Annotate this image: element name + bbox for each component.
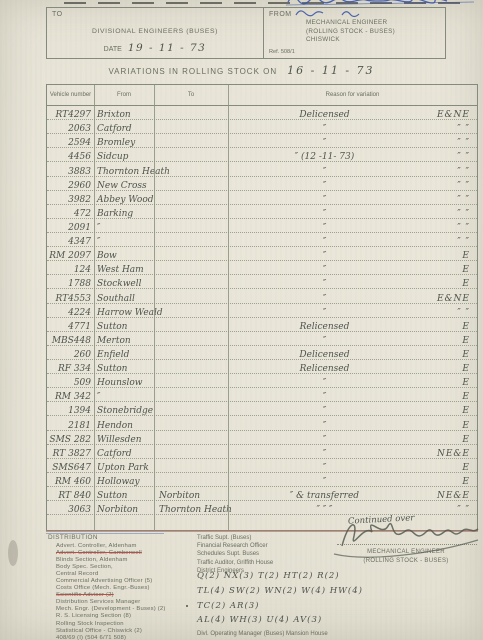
vehicle-number-cell: RM 2097 bbox=[47, 250, 94, 262]
reason-cell: ″E bbox=[228, 434, 477, 446]
from-cell: New Cross bbox=[94, 180, 154, 192]
licence-code: E bbox=[421, 363, 477, 375]
table-row: 2960New Cross″″ ″ bbox=[47, 177, 477, 191]
vehicle-number-cell: 4456 bbox=[47, 151, 94, 163]
table-row: 2594Bromley″″ ″ bbox=[47, 134, 477, 148]
handwritten-date: 19 - 11 - 73 bbox=[128, 42, 207, 54]
from-cell: Merton bbox=[94, 335, 154, 347]
from-cell: Enfield bbox=[94, 349, 154, 361]
vehicle-number-cell: 124 bbox=[47, 264, 94, 276]
distribution-item: Advert. Controller, Aldenham bbox=[56, 543, 166, 550]
reason-text: ″ bbox=[228, 194, 421, 206]
table-row: 4224Harrow Weald″″ ″ bbox=[47, 304, 477, 318]
vehicle-number-cell: RT 840 bbox=[47, 490, 94, 502]
to-cell: Thornton Heath bbox=[154, 504, 228, 516]
reason-cell: ″″ ″ bbox=[228, 236, 477, 248]
distribution-item: Distribution Services Manager bbox=[56, 599, 166, 606]
signatory-title-line: MECHANICAL ENGINEER bbox=[330, 548, 482, 557]
licence-code: E bbox=[421, 420, 477, 432]
vehicle-number-cell: 2960 bbox=[47, 180, 94, 192]
title-date: 16 - 11 - 73 bbox=[287, 64, 374, 77]
table-row: 3883Thornton Heath″″ ″ bbox=[47, 162, 477, 176]
reason-text: ″ bbox=[228, 405, 421, 417]
from-cell: Sutton bbox=[94, 490, 154, 502]
distribution-item: Advert. Controller, Camberwell bbox=[56, 550, 166, 557]
vehicle-number-cell: 4771 bbox=[47, 321, 94, 333]
reason-text: ″ bbox=[228, 222, 421, 234]
distribution-item: Body Spec. Section, bbox=[56, 564, 166, 571]
reason-cell: RelicensedE bbox=[228, 363, 477, 375]
variations-table: Vehicle number From To Reason for variat… bbox=[46, 84, 478, 531]
reason-text: ″ bbox=[228, 377, 421, 389]
vehicle-number-cell: 1394 bbox=[47, 405, 94, 417]
reason-cell: ″E bbox=[228, 391, 477, 403]
col-header-to: To bbox=[154, 85, 228, 105]
reason-cell: ″E bbox=[228, 335, 477, 347]
from-cell: Catford bbox=[94, 123, 154, 135]
licence-code: ″ ″ bbox=[421, 137, 477, 149]
reason-text: ″ bbox=[228, 448, 421, 460]
reason-cell: ″ (12 -11- 73)″ ″ bbox=[228, 151, 477, 163]
vehicle-number-cell: SMS 282 bbox=[47, 434, 94, 446]
column-divider bbox=[94, 85, 95, 530]
garage-code-line: TL(4) SW(2) WN(2) W(4) HW(4) bbox=[197, 586, 363, 601]
reason-text: ″ bbox=[228, 123, 421, 135]
reason-cell: ″E bbox=[228, 405, 477, 417]
from-cell: Brixton bbox=[94, 109, 154, 121]
to-cell: Norbiton bbox=[154, 490, 228, 502]
to-label: TO bbox=[52, 11, 63, 18]
scanned-form: TO DIVISIONAL ENGINEERS (BUSES) DATE19 -… bbox=[0, 0, 483, 640]
vehicle-number-cell: 509 bbox=[47, 377, 94, 389]
licence-code: ″ ″ bbox=[421, 151, 477, 163]
reason-text: ″ bbox=[228, 180, 421, 192]
vehicle-number-cell: RM 342 bbox=[47, 391, 94, 403]
reason-cell: ″″ ″ bbox=[228, 194, 477, 206]
table-row: 2181Hendon″E bbox=[47, 416, 477, 430]
vehicle-number-cell: 3063 bbox=[47, 504, 94, 516]
from-cell: Catford bbox=[94, 448, 154, 460]
distribution-item: 408/69 (I) (504 6/71 508) bbox=[56, 635, 166, 640]
garage-code-line: TC(2) AR(3) bbox=[197, 601, 363, 616]
table-row: 2091″″″ ″ bbox=[47, 219, 477, 233]
licence-code: E bbox=[421, 434, 477, 446]
reason-text: ″ bbox=[228, 137, 421, 149]
from-cell: West Ham bbox=[94, 264, 154, 276]
distribution-item: Costs Office (Mech. Engr.-Buses) bbox=[56, 585, 166, 592]
reason-text: ″ bbox=[228, 420, 421, 432]
table-row: RM 460Holloway″E bbox=[47, 473, 477, 487]
reason-text: ″ bbox=[228, 476, 421, 488]
licence-code: E bbox=[421, 349, 477, 361]
reason-text: ″ bbox=[228, 278, 421, 290]
from-cell: Sutton bbox=[94, 363, 154, 375]
table-row: 2063Catford″″ ″ bbox=[47, 120, 477, 134]
reason-cell: RelicensedE bbox=[228, 321, 477, 333]
reason-cell: ″″ ″ bbox=[228, 222, 477, 234]
reason-cell: ″E bbox=[228, 250, 477, 262]
licence-code: ″ ″ bbox=[421, 222, 477, 234]
operating-manager-line: Divl. Operating Manager (Buses) Mansion … bbox=[197, 631, 328, 637]
scan-artifact-red-line bbox=[46, 531, 478, 532]
reason-text: Delicensed bbox=[228, 109, 421, 121]
table-row: 4347″″″ ″ bbox=[47, 233, 477, 247]
reason-cell: ″″ ″ bbox=[228, 166, 477, 178]
title-printed: VARIATIONS IN ROLLING STOCK ON bbox=[108, 67, 277, 76]
licence-code: E bbox=[421, 250, 477, 262]
reason-cell: ″E bbox=[228, 476, 477, 488]
from-cell: ″ bbox=[94, 236, 154, 248]
table-row: 509Hounslow″E bbox=[47, 374, 477, 388]
reason-cell: DelicensedE&NE bbox=[228, 109, 477, 121]
from-cell: Norbiton bbox=[94, 504, 154, 516]
reason-cell: ″E bbox=[228, 264, 477, 276]
reason-text: ″ bbox=[228, 434, 421, 446]
reason-cell: ″NE&E bbox=[228, 448, 477, 460]
vehicle-number-cell: RF 334 bbox=[47, 363, 94, 375]
signatory-title: MECHANICAL ENGINEER (ROLLING STOCK - BUS… bbox=[330, 548, 482, 566]
licence-code: E bbox=[421, 321, 477, 333]
vehicle-number-cell: 3883 bbox=[47, 166, 94, 178]
licence-code: ″ ″ bbox=[421, 180, 477, 192]
table-row: RT 840SuttonNorbiton″ & transferredNE&E bbox=[47, 487, 477, 501]
vehicle-number-cell: RT4297 bbox=[47, 109, 94, 121]
from-cell: Hounslow bbox=[94, 377, 154, 389]
reason-text: ″ bbox=[228, 166, 421, 178]
from-cell: Bow bbox=[94, 250, 154, 262]
vehicle-number-cell: 2063 bbox=[47, 123, 94, 135]
reason-cell: ″E bbox=[228, 462, 477, 474]
licence-code: E bbox=[421, 335, 477, 347]
licence-code: E&NE bbox=[421, 109, 477, 121]
licence-code: NE&E bbox=[421, 448, 477, 460]
reason-text: ″ bbox=[228, 250, 421, 262]
licence-code: ″ ″ bbox=[421, 194, 477, 206]
table-row: RF 334SuttonRelicensedE bbox=[47, 360, 477, 374]
licence-code: NE&E bbox=[421, 490, 477, 502]
col-header-vehicle: Vehicle number bbox=[47, 85, 94, 105]
table-row: 472Barking″″ ″ bbox=[47, 205, 477, 219]
col-header-reason: Reason for variation bbox=[228, 85, 477, 105]
form-title: VARIATIONS IN ROLLING STOCK ON16 - 11 - … bbox=[0, 61, 483, 79]
table-row: RM 2097Bow″E bbox=[47, 247, 477, 261]
table-row: 3982Abbey Wood″″ ″ bbox=[47, 191, 477, 205]
vehicle-number-cell: 2594 bbox=[47, 137, 94, 149]
from-cell: Bromley bbox=[94, 137, 154, 149]
sender-line: (ROLLING STOCK - BUSES) bbox=[306, 28, 395, 37]
table-row: 260EnfieldDelicensedE bbox=[47, 346, 477, 360]
distribution-title: DISTRIBUTION bbox=[48, 534, 98, 541]
recipient-item: Traffic Auditor, Griffith House bbox=[197, 559, 273, 567]
table-row: 124West Ham″E bbox=[47, 261, 477, 275]
reason-text: ″ bbox=[228, 236, 421, 248]
distribution-item: Central Record bbox=[56, 571, 166, 578]
licence-code: E bbox=[421, 462, 477, 474]
recipient-item: Traffic Supt. (Buses) bbox=[197, 534, 273, 542]
reason-text: ″ bbox=[228, 208, 421, 220]
licence-code: ″ ″ bbox=[421, 307, 477, 319]
garage-code-line: AL(4) WH(3) U(4) AV(3) bbox=[197, 615, 363, 630]
garage-codes: Q(2) NX(3) T(2) HT(2) R(2)TL(4) SW(2) WN… bbox=[197, 571, 363, 630]
vehicle-number-cell: 472 bbox=[47, 208, 94, 220]
reason-text: ″ bbox=[228, 391, 421, 403]
licence-code: ″ ″ bbox=[421, 123, 477, 135]
distribution-item: Mech. Engr. (Development - Buses) (2) bbox=[56, 606, 166, 613]
from-cell: Upton Park bbox=[94, 462, 154, 474]
licence-code: ″ ″ bbox=[421, 208, 477, 220]
reason-text: ″ bbox=[228, 307, 421, 319]
from-cell: Harrow Weald bbox=[94, 307, 154, 319]
licence-code: E bbox=[421, 391, 477, 403]
reason-cell: ″E&NE bbox=[228, 293, 477, 305]
vehicle-number-cell: RT4553 bbox=[47, 293, 94, 305]
date-label: DATE bbox=[104, 46, 122, 53]
vehicle-number-cell: RM 460 bbox=[47, 476, 94, 488]
distribution-item: Scientific Adviser (2) bbox=[56, 592, 166, 599]
reason-cell: ″″ ″ bbox=[228, 208, 477, 220]
reason-text: ″ (12 -11- 73) bbox=[228, 151, 421, 163]
reason-text: ″ bbox=[228, 293, 421, 305]
from-cell: Sidcup bbox=[94, 151, 154, 163]
from-cell: Hendon bbox=[94, 420, 154, 432]
col-header-from: From bbox=[94, 85, 154, 105]
from-cell: Holloway bbox=[94, 476, 154, 488]
from-cell: Southall bbox=[94, 293, 154, 305]
reason-cell: ″″ ″ bbox=[228, 123, 477, 135]
vehicle-number-cell: 2181 bbox=[47, 420, 94, 432]
table-row: SMS647Upton Park″E bbox=[47, 459, 477, 473]
blue-ink-annotation bbox=[284, 0, 483, 24]
reason-cell: ″E bbox=[228, 278, 477, 290]
reason-text: ″ bbox=[228, 264, 421, 276]
licence-code: E bbox=[421, 278, 477, 290]
distribution-item: R. S. Licensing Section (8) bbox=[56, 613, 166, 620]
scan-blemish bbox=[8, 540, 18, 566]
recipient-name: DIVISIONAL ENGINEERS (BUSES) bbox=[47, 28, 263, 35]
table-row: MBS448Merton″E bbox=[47, 332, 477, 346]
reason-cell: ″ ″ ″″ ″ bbox=[228, 504, 477, 516]
distribution-item: Commercial Advertising Officer (5) bbox=[56, 578, 166, 585]
reason-cell: DelicensedE bbox=[228, 349, 477, 361]
reason-text: ″ bbox=[228, 462, 421, 474]
vehicle-number-cell: 4224 bbox=[47, 307, 94, 319]
reason-text: Relicensed bbox=[228, 321, 421, 333]
table-row: 1788Stockwell″E bbox=[47, 275, 477, 289]
ref-number: Ref. 508/1 bbox=[269, 49, 295, 55]
reason-cell: ″″ ″ bbox=[228, 137, 477, 149]
vehicle-number-cell: 4347 bbox=[47, 236, 94, 248]
distribution-item: Rolling Stock Inspection bbox=[56, 621, 166, 628]
licence-code: E&NE bbox=[421, 293, 477, 305]
vehicle-number-cell: 2091 bbox=[47, 222, 94, 234]
licence-code: E bbox=[421, 405, 477, 417]
distribution-list: Advert. Controller, AldenhamAdvert. Cont… bbox=[56, 543, 166, 640]
from-cell: ″ bbox=[94, 222, 154, 234]
vehicle-number-cell: 1788 bbox=[47, 278, 94, 290]
vehicle-number-cell: SMS647 bbox=[47, 462, 94, 474]
recipient-item: Schedules Supt. Buses bbox=[197, 550, 273, 558]
recipients-list: Traffic Supt. (Buses)Financial Research … bbox=[197, 534, 273, 575]
to-box: TO DIVISIONAL ENGINEERS (BUSES) DATE19 -… bbox=[46, 7, 264, 59]
from-cell: Stockwell bbox=[94, 278, 154, 290]
table-row: RM 342″″E bbox=[47, 388, 477, 402]
licence-code: E bbox=[421, 377, 477, 389]
sender-line: CHISWICK bbox=[306, 36, 395, 45]
column-divider bbox=[154, 85, 155, 530]
table-row: SMS 282Willesden″E bbox=[47, 431, 477, 445]
table-row: 4456Sidcup″ (12 -11- 73)″ ″ bbox=[47, 148, 477, 162]
reason-cell: ″E bbox=[228, 420, 477, 432]
table-row: 4771SuttonRelicensedE bbox=[47, 318, 477, 332]
vehicle-number-cell: 3982 bbox=[47, 194, 94, 206]
reason-text: ″ bbox=[228, 335, 421, 347]
reason-cell: ″E bbox=[228, 377, 477, 389]
reason-text: Relicensed bbox=[228, 363, 421, 375]
ink-dot-artifact bbox=[186, 605, 188, 607]
table-header-row: Vehicle number From To Reason for variat… bbox=[47, 85, 477, 106]
from-cell: Thornton Heath bbox=[94, 166, 154, 178]
vehicle-number-cell: RT 3827 bbox=[47, 448, 94, 460]
column-divider bbox=[228, 85, 229, 530]
reason-text: ″ & transferred bbox=[228, 490, 421, 502]
from-cell: Willesden bbox=[94, 434, 154, 446]
reason-text: Delicensed bbox=[228, 349, 421, 361]
licence-code: ″ ″ bbox=[421, 166, 477, 178]
from-cell: Stonebridge bbox=[94, 405, 154, 417]
distribution-item: Statistical Office - Chiswick (2) bbox=[56, 628, 166, 635]
reason-cell: ″″ ″ bbox=[228, 307, 477, 319]
licence-code: E bbox=[421, 264, 477, 276]
from-cell: Sutton bbox=[94, 321, 154, 333]
signature-line bbox=[337, 544, 477, 545]
vehicle-number-cell: 260 bbox=[47, 349, 94, 361]
signatory-title-line: (ROLLING STOCK - BUSES) bbox=[330, 557, 482, 566]
table-row: RT4297BrixtonDelicensedE&NE bbox=[47, 106, 477, 120]
licence-code: E bbox=[421, 476, 477, 488]
table-row: RT4553Southall″E&NE bbox=[47, 289, 477, 303]
from-cell: Abbey Wood bbox=[94, 194, 154, 206]
reason-cell: ″″ ″ bbox=[228, 180, 477, 192]
reason-cell: ″ & transferredNE&E bbox=[228, 490, 477, 502]
licence-code: ″ ″ bbox=[421, 236, 477, 248]
vehicle-number-cell: MBS448 bbox=[47, 335, 94, 347]
distribution-item: Blinds Section, Aldenham bbox=[56, 557, 166, 564]
from-cell: ″ bbox=[94, 391, 154, 403]
recipient-item: Financial Research Officer bbox=[197, 542, 273, 550]
table-row: RT 3827Catford″NE&E bbox=[47, 445, 477, 459]
garage-code-line: Q(2) NX(3) T(2) HT(2) R(2) bbox=[197, 571, 363, 586]
licence-code: ″ ″ bbox=[421, 504, 477, 516]
table-body: RT4297BrixtonDelicensedE&NE2063Catford″″… bbox=[47, 106, 477, 530]
from-cell: Barking bbox=[94, 208, 154, 220]
table-row: 1394Stonebridge″E bbox=[47, 402, 477, 416]
